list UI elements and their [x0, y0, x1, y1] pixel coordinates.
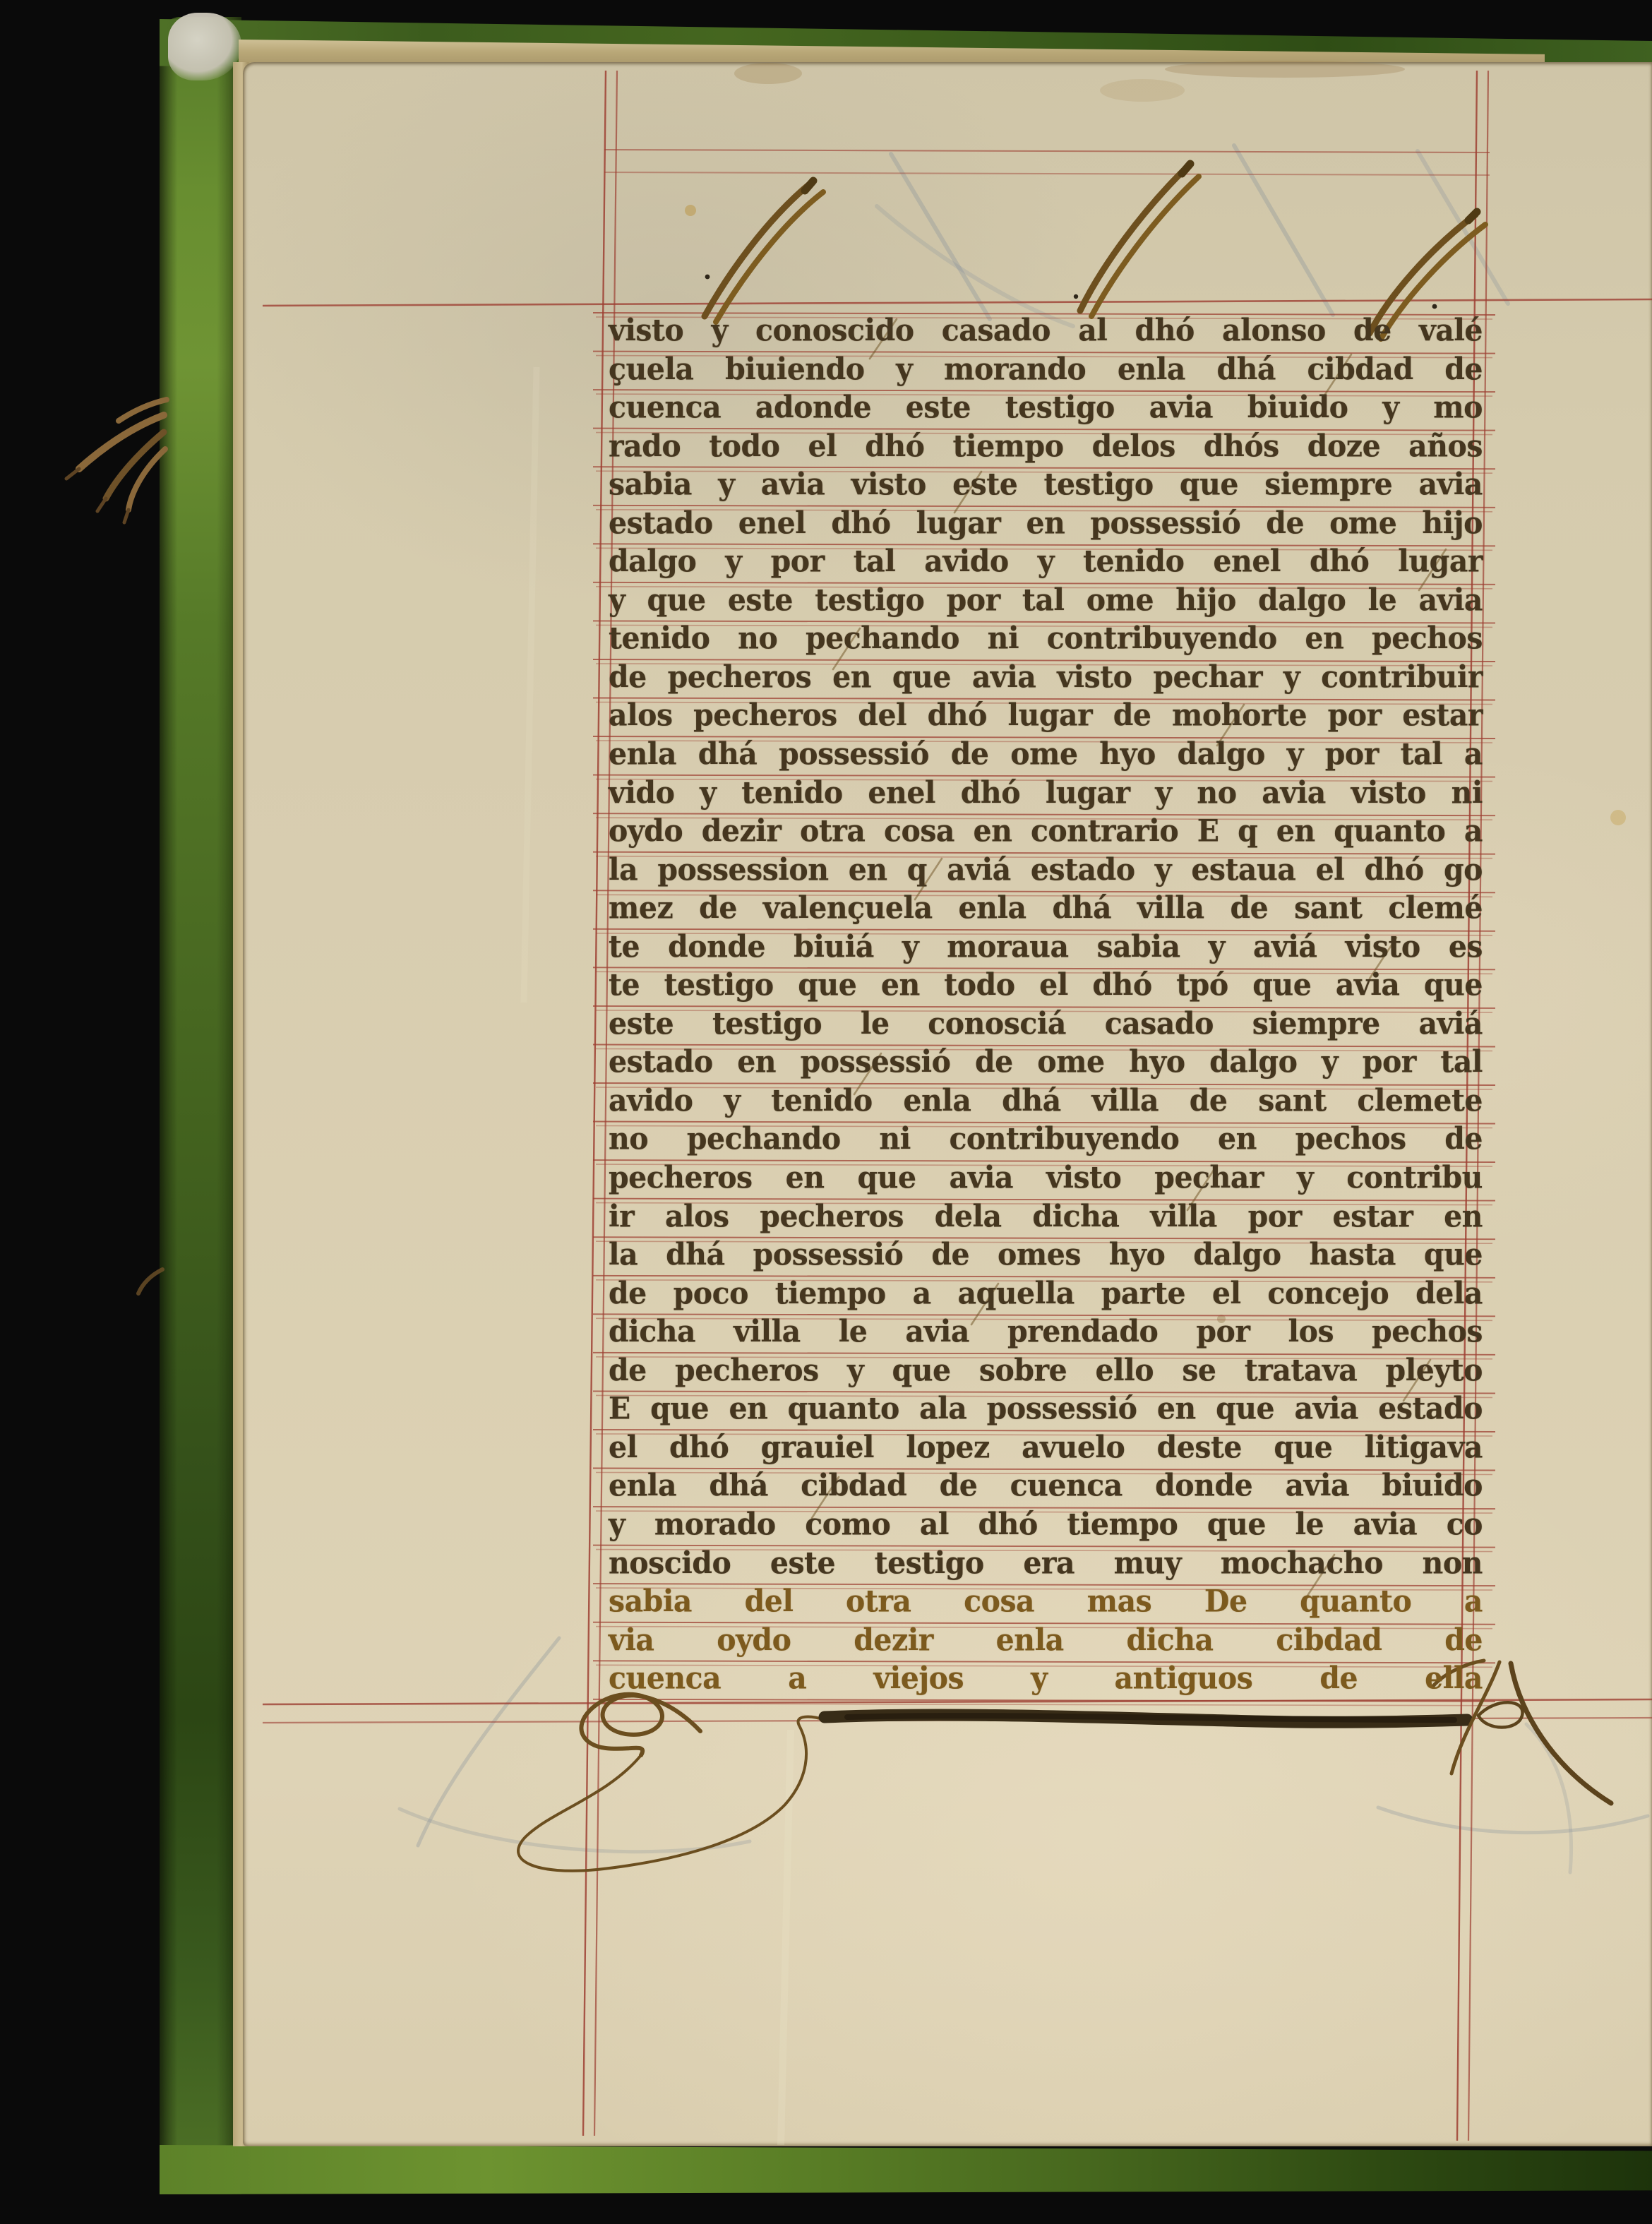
manuscript-line: enla dhá possessió de ome hyo dalgo y po…	[609, 734, 1483, 775]
manuscript-line: no pechando ni contribuyendo en pechos d…	[609, 1119, 1483, 1159]
manuscript-line: ir alos pecheros dela dicha villa por es…	[609, 1196, 1483, 1236]
top-margin-rule	[604, 150, 1490, 153]
manuscript-line: sabia del otra cosa mas De quanto a	[609, 1582, 1483, 1622]
manuscript-line: la possession en q aviá estado y estaua …	[609, 850, 1483, 890]
manuscript-line: te testigo que en todo el dhó tpó que av…	[609, 965, 1483, 1005]
manuscript-line: oydo dezir otra cosa en contrario E q en…	[609, 811, 1483, 851]
manuscript-line: el dhó grauiel lopez avuelo deste que li…	[609, 1428, 1483, 1468]
manuscript-line: te donde biuiá y moraua sabia y aviá vis…	[609, 927, 1483, 967]
manuscript-line: E que en quanto ala possessió en que avi…	[609, 1389, 1483, 1429]
manuscript-line: estado en possessió de ome hyo dalgo y p…	[609, 1042, 1483, 1082]
manuscript-line: estado enel dhó lugar en possessió de om…	[609, 503, 1483, 544]
manuscript-line: cuenca a viejos y antiguos de ella	[609, 1658, 1483, 1699]
manuscript-line: enla dhá cibdad de cuenca donde avia biu…	[609, 1466, 1483, 1506]
manuscript-line: alos pecheros del dhó lugar de mohorte p…	[609, 695, 1483, 736]
manuscript-line: la dhá possessió de omes hyo dalgo hasta…	[609, 1235, 1483, 1275]
manuscript-line: çuela biuiendo y morando enla dhá cibdad…	[609, 349, 1483, 389]
manuscript-line: tenido no pechando ni contribuyendo en p…	[609, 618, 1483, 659]
manuscript-line: cuenca adonde este testigo avia biuido y…	[609, 388, 1483, 428]
manuscript-line: dalgo y por tal avido y tenido enel dhó …	[609, 542, 1483, 582]
left-vertical-rule-outer	[583, 71, 606, 2136]
manuscript-line: sabia y avia visto este testigo que siem…	[609, 465, 1483, 505]
manuscript-line: rado todo el dhó tiempo delos dhós doze …	[609, 426, 1483, 467]
manuscript-line: pecheros en que avia visto pechar y cont…	[609, 1158, 1483, 1198]
manuscript-line: y que este testigo por tal ome hijo dalg…	[609, 580, 1483, 621]
manuscript-line: via oydo dezir enla dicha cibdad de	[609, 1620, 1483, 1661]
manuscript-line: dicha villa le avia prendado por los pec…	[609, 1312, 1483, 1352]
manuscript-photograph: visto y conoscido casado al dhó alonso d…	[0, 0, 1652, 2224]
manuscript-text-block: visto y conoscido casado al dhó alonso d…	[609, 311, 1483, 1698]
manuscript-line: noscido este testigo era muy mochacho no…	[609, 1543, 1483, 1583]
top-frame-rule	[263, 299, 1652, 306]
manuscript-line: de pecheros en que avia visto pechar y c…	[609, 657, 1483, 698]
manuscript-line: vido y tenido enel dhó lugar y no avia v…	[609, 772, 1483, 813]
manuscript-line: este testigo le conosciá casado siempre …	[609, 1004, 1483, 1044]
manuscript-line: visto y conoscido casado al dhó alonso d…	[609, 311, 1483, 351]
manuscript-line: avido y tenido enla dhá villa de sant cl…	[609, 1081, 1483, 1121]
manuscript-line: mez de valençuela enla dhá villa de sant…	[609, 888, 1483, 928]
manuscript-line: y morado como al dhó tiempo que le avia …	[609, 1505, 1483, 1545]
binding-ties	[66, 400, 167, 1293]
manuscript-line: de pecheros y que sobre ello se tratava …	[609, 1351, 1483, 1391]
manuscript-line: de poco tiempo a aquella parte el concej…	[609, 1274, 1483, 1314]
